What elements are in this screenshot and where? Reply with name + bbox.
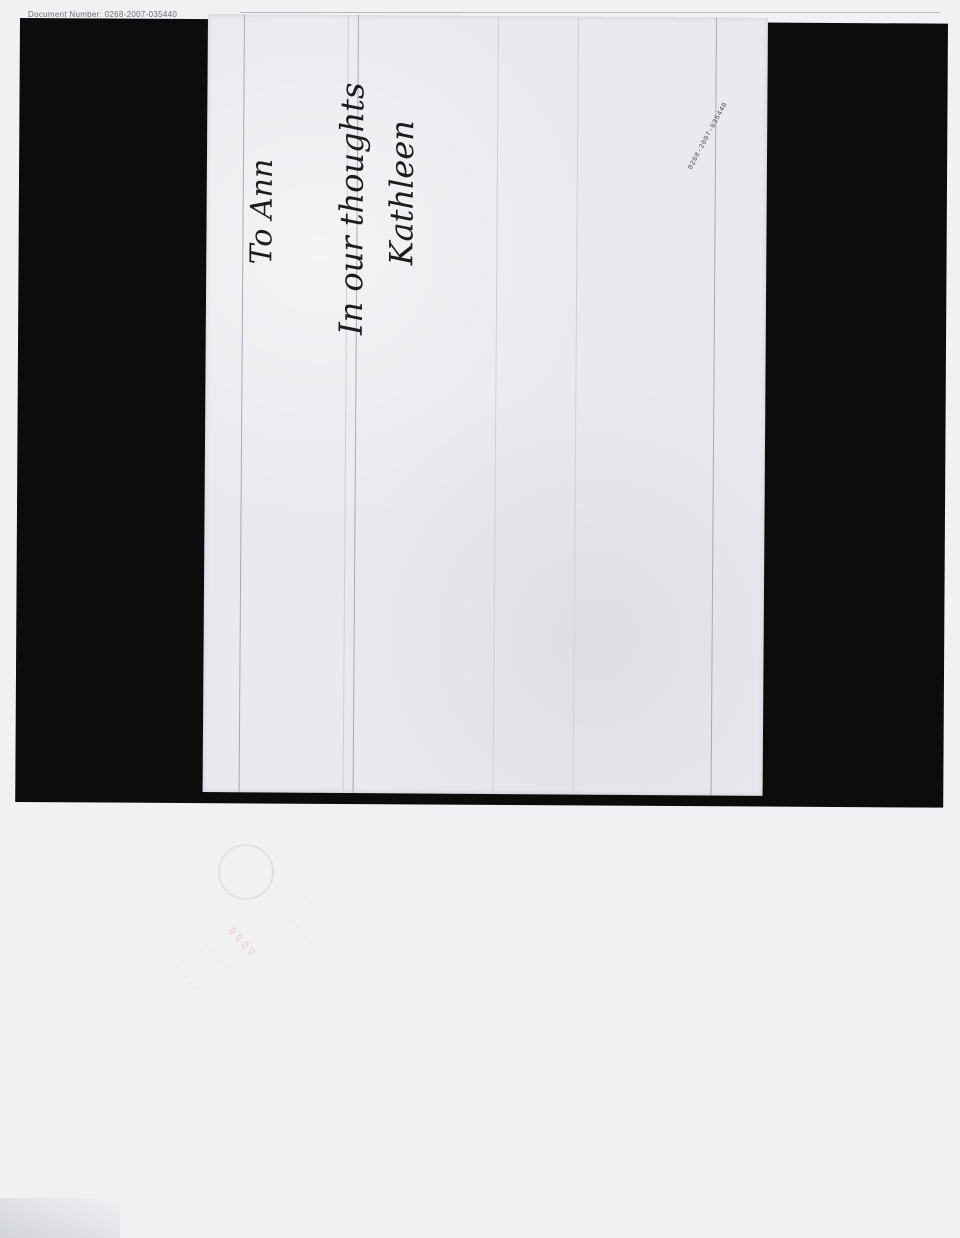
bleed-text: · · · · · · · <box>293 880 333 923</box>
card-rule-line <box>493 16 499 794</box>
card-rule-line <box>573 17 579 795</box>
card-rule-line <box>239 14 245 792</box>
bleed-through-stamp: · · · · · · · · · · · · · · · ▯ ▯ ▯ ▯ · … <box>150 820 450 1120</box>
handwritten-card: To Ann In our thoughts Kathleen 0268-200… <box>203 14 768 796</box>
seal-icon <box>218 844 274 900</box>
handwriting-signature: Kathleen <box>382 120 421 265</box>
header-rule <box>240 12 940 13</box>
bleed-text: ▯ ▯ ▯ ▯ <box>227 925 258 958</box>
bleed-text: · · · · · · · <box>163 950 203 993</box>
page-corner-shadow <box>0 1198 120 1238</box>
handwriting-line-1: To Ann <box>244 159 280 265</box>
card-document-stamp: 0268-2007-035440 <box>687 101 730 171</box>
handwriting-line-2: In our thoughts <box>332 82 372 335</box>
bleed-text: · · · · · · <box>203 940 238 978</box>
